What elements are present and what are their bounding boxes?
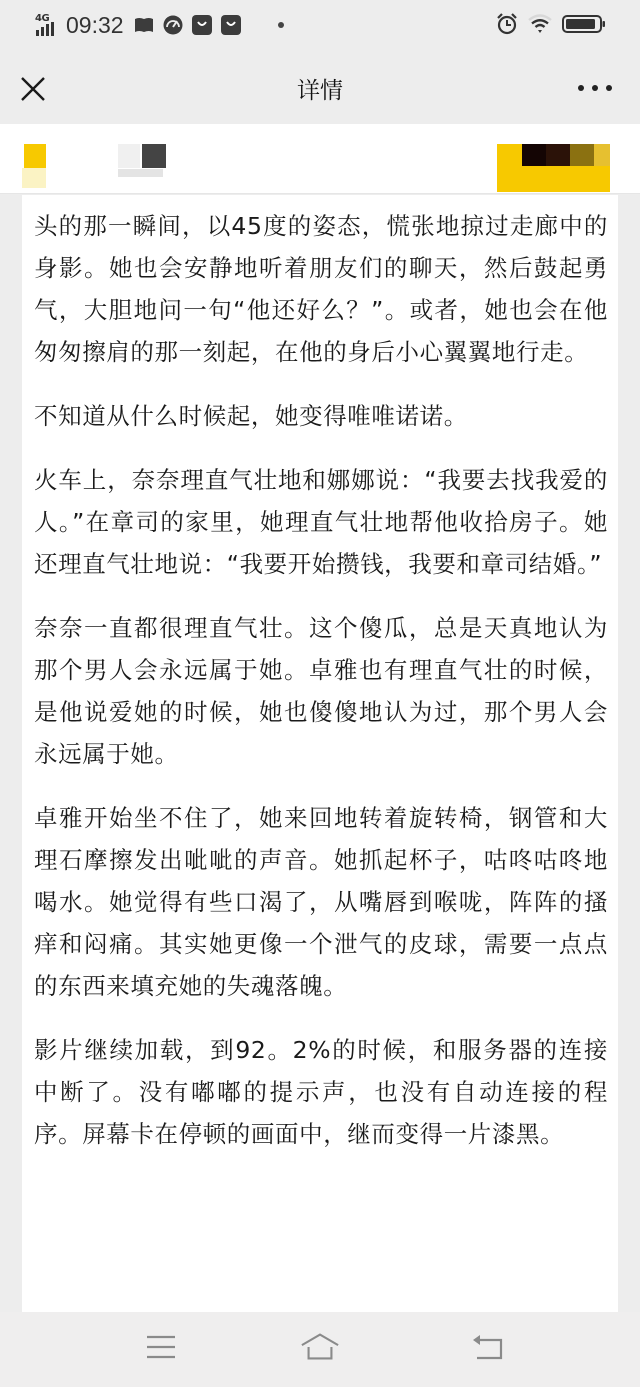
status-bar-right [496, 13, 606, 39]
status-bar-left: 4G 09:32 [34, 10, 284, 40]
page-title: 详情 [0, 72, 640, 105]
top-nav-bar: 详情 [0, 52, 640, 124]
banner-logo-fade [22, 168, 46, 188]
more-icon[interactable] [578, 82, 612, 94]
banner-pixel-2 [546, 144, 570, 166]
back-icon[interactable] [468, 1330, 508, 1364]
wifi-icon [528, 14, 552, 38]
banner-name-fragment [118, 169, 163, 177]
article-container: 头的那一瞬间，以45度的姿态，慌张地掠过走廊中的身影。她也会安静地听着朋友们的聊… [22, 195, 618, 1312]
clock: 09:32 [66, 12, 124, 39]
alarm-icon [496, 13, 518, 39]
article-paragraph: 奈奈一直都很理直气壮。这个傻瓜，总是天真地认为那个男人会永远属于她。卓雅也有理直… [34, 607, 608, 775]
speedometer-icon [163, 15, 183, 35]
system-navigation-bar [0, 1312, 640, 1387]
article-paragraph: 影片继续加载，到92。2%的时候，和服务器的连接中断了。没有嘟嘟的提示声，也没有… [34, 1029, 608, 1155]
shopping-bag-icon [192, 15, 212, 35]
banner-logo-block [24, 144, 46, 168]
menu-icon[interactable] [141, 1330, 181, 1364]
article-paragraph: 头的那一瞬间，以45度的姿态，慌张地掠过走廊中的身影。她也会安静地听着朋友们的聊… [34, 205, 608, 373]
article-body: 头的那一瞬间，以45度的姿态，慌张地掠过走廊中的身影。她也会安静地听着朋友们的聊… [34, 205, 608, 1177]
cellular-signal-icon: 4G [34, 13, 62, 37]
shopping-bag-icon [221, 15, 241, 35]
home-icon[interactable] [300, 1330, 340, 1364]
banner-pixel-1 [522, 144, 546, 166]
banner-pixel-4 [594, 144, 610, 166]
article-paragraph: 火车上，奈奈理直气壮地和娜娜说：“我要去找我爱的人。”在章司的家里，她理直气壮地… [34, 459, 608, 585]
banner-name-block-dark [142, 144, 166, 168]
battery-icon [562, 14, 606, 38]
book-icon [134, 15, 154, 35]
notification-dot-icon [278, 22, 284, 28]
status-bar: 4G 09:32 [0, 0, 640, 52]
banner-pixel-3 [570, 144, 594, 166]
account-banner[interactable] [0, 124, 640, 194]
article-paragraph: 不知道从什么时候起，她变得唯唯诺诺。 [34, 395, 608, 437]
banner-name-block-light [118, 144, 140, 168]
article-paragraph: 卓雅开始坐不住了，她来回地转着旋转椅，钢管和大理石摩擦发出呲呲的声音。她抓起杯子… [34, 797, 608, 1007]
